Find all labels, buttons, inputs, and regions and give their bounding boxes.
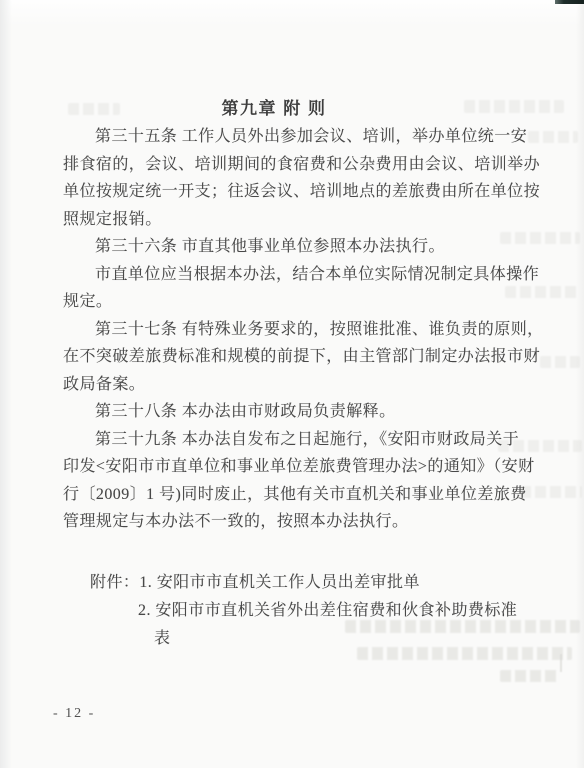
text-line: 第三十八条 本办法由市财政局负责解释。 bbox=[63, 398, 521, 426]
text-line: 第三十六条 市直其他事业单位参照本办法执行。 bbox=[63, 233, 521, 261]
attachments-label: 附件： bbox=[90, 574, 139, 591]
text-line: 政局备案。 bbox=[63, 371, 521, 399]
text-line: 行〔2009〕1 号)同时废止，其他有关市直机关和事业单位差旅费 bbox=[63, 481, 521, 509]
article-text-block: 第三十五条 工作人员外出参加会议、培训，举办单位统一安排食宿的，会议、培训期间的… bbox=[63, 123, 521, 536]
text-line: 单位按规定统一开支；往返会议、培训地点的差旅费由所在单位按 bbox=[63, 178, 521, 206]
chapter-title: 第九章 附 则 bbox=[45, 96, 503, 122]
attachment-item-1: 1. 安阳市市直机关工作人员出差审批单 bbox=[139, 574, 420, 591]
attachment-item-2-continued: 表 bbox=[63, 625, 521, 653]
text-line: 规定。 bbox=[63, 288, 521, 316]
scanned-document-page: 第九章 附 则 第三十五条 工作人员外出参加会议、培训，举办单位统一安排食宿的，… bbox=[0, 0, 584, 768]
attachment-item-2: 2. 安阳市市直机关省外出差住宿费和伙食补助费标准 bbox=[63, 597, 521, 625]
text-line: 印发<安阳市市直单位和事业单位差旅费管理办法>的通知》（安财 bbox=[63, 453, 521, 481]
attachment-line: 附件：1. 安阳市市直机关工作人员出差审批单 bbox=[63, 569, 521, 597]
page-number: - 12 - bbox=[53, 706, 95, 722]
text-line: 市直单位应当根据本办法，结合本单位实际情况制定具体操作 bbox=[63, 261, 521, 289]
text-line: 第三十五条 工作人员外出参加会议、培训，举办单位统一安 bbox=[63, 123, 521, 151]
text-line: 第三十九条 本办法自发布之日起施行，《安阳市财政局关于 bbox=[63, 426, 521, 454]
text-line: 照规定报销。 bbox=[63, 206, 521, 234]
attachments-block: 附件：1. 安阳市市直机关工作人员出差审批单 2. 安阳市市直机关省外出差住宿费… bbox=[63, 569, 521, 653]
text-line: 排食宿的，会议、培训期间的食宿费和公杂费用由会议、培训举办 bbox=[63, 151, 521, 179]
text-line: 管理规定与本办法不一致的，按照本办法执行。 bbox=[63, 508, 521, 536]
text-line: 在不突破差旅费标准和规模的前提下，由主管部门制定办法报市财 bbox=[63, 343, 521, 371]
text-line: 第三十七条 有特殊业务要求的，按照谁批准、谁负责的原则， bbox=[63, 316, 521, 344]
document-content: 第九章 附 则 第三十五条 工作人员外出参加会议、培训，举办单位统一安排食宿的，… bbox=[0, 0, 584, 768]
